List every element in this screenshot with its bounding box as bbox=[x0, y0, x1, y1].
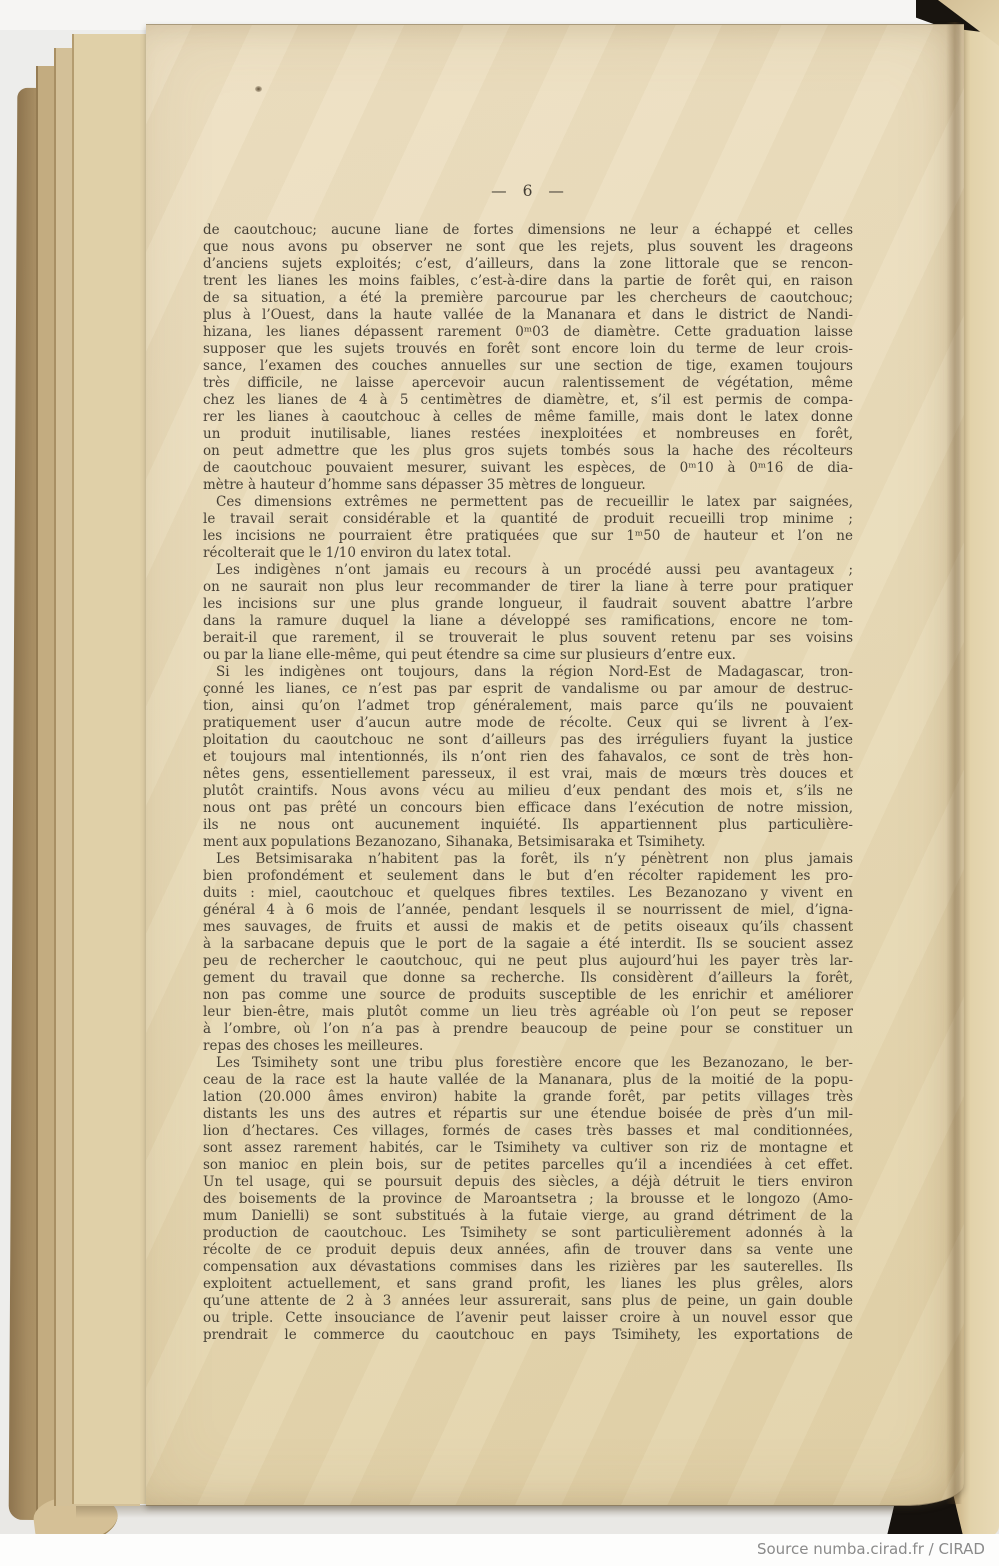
text-block: — 6 — de caoutchouc; aucune liane de for… bbox=[203, 182, 853, 1344]
page-number: — 6 — bbox=[203, 182, 853, 202]
text-line: compensation aux dévastations commises d… bbox=[203, 1259, 853, 1276]
paragraph: de caoutchouc; aucune liane de fortes di… bbox=[203, 222, 853, 494]
text-line: lion d’hectares. Ces villages, formés de… bbox=[203, 1123, 853, 1140]
page-shadow bbox=[76, 1505, 956, 1518]
text-line: pratiquement user d’aucun autre mode de … bbox=[203, 715, 853, 732]
text-line: non pas comme une source de produits sus… bbox=[203, 987, 853, 1004]
text-line: duits : miel, caoutchouc et quelques fib… bbox=[203, 885, 853, 902]
page-paragraphs: de caoutchouc; aucune liane de fortes di… bbox=[203, 222, 853, 1344]
text-line: les incisions ne pourraient être pratiqu… bbox=[203, 528, 853, 545]
text-line: on peut admettre que les plus gros sujet… bbox=[203, 443, 853, 460]
text-line: récolterait que le 1/10 environ du latex… bbox=[203, 545, 853, 562]
source-attribution: Source numba.cirad.fr / CIRAD bbox=[0, 1534, 999, 1566]
text-line: peu de rechercher le caoutchouc, qui ne … bbox=[203, 953, 853, 970]
text-line: çonné les lianes, ce n’est pas par espri… bbox=[203, 681, 853, 698]
text-line: ils ne nous ont aucunement inquiété. Ils… bbox=[203, 817, 853, 834]
text-line: des boisements de la province de Maroant… bbox=[203, 1191, 853, 1208]
text-line: un produit inutilisable, lianes restées … bbox=[203, 426, 853, 443]
text-line: Les indigènes n’ont jamais eu recours à … bbox=[203, 562, 853, 579]
text-line: exploitent actuellement, et sans grand p… bbox=[203, 1276, 853, 1293]
text-line: plus à l’Ouest, dans la haute vallée de … bbox=[203, 307, 853, 324]
text-line: de caoutchouc pouvaient mesurer, suivant… bbox=[203, 460, 853, 477]
text-line: ou triple. Cette insouciance de l’avenir… bbox=[203, 1310, 853, 1327]
paragraph: Si les indigènes ont toujours, dans la r… bbox=[203, 664, 853, 851]
text-line: de caoutchouc; aucune liane de fortes di… bbox=[203, 222, 853, 239]
text-line: chez les lianes de 4 à 5 centimètres de … bbox=[203, 392, 853, 409]
text-line: mètre à hauteur d’homme sans dépasser 35… bbox=[203, 477, 853, 494]
text-line: son manioc en plein bois, sur de petites… bbox=[203, 1157, 853, 1174]
text-line: ou par la liane elle-même, qui peut éten… bbox=[203, 647, 853, 664]
text-line: à l’ombre, où l’on n’a pas à prendre bea… bbox=[203, 1021, 853, 1038]
text-line: lation (20.000 âmes environ) habite la g… bbox=[203, 1089, 853, 1106]
text-line: distants les uns des autres et répartis … bbox=[203, 1106, 853, 1123]
text-line: que nous avons pu observer ne sont que l… bbox=[203, 239, 853, 256]
text-line: berait-il que rarement, il se trouverait… bbox=[203, 630, 853, 647]
text-line: ment aux populations Bezanozano, Sihanak… bbox=[203, 834, 853, 851]
text-line: on ne saurait non plus leur recommander … bbox=[203, 579, 853, 596]
text-line: dans la ramure duquel la liane a dévelop… bbox=[203, 613, 853, 630]
text-line: sont assez rarement habités, car le Tsim… bbox=[203, 1140, 853, 1157]
text-line: les incisions sur une plus grande longue… bbox=[203, 596, 853, 613]
text-line: Si les indigènes ont toujours, dans la r… bbox=[203, 664, 853, 681]
text-line: Les Betsimisaraka n’habitent pas la forê… bbox=[203, 851, 853, 868]
text-line: prendrait le commerce du caoutchouc en p… bbox=[203, 1327, 853, 1344]
text-line: plutôt craintifs. Nous avons vécu au mil… bbox=[203, 783, 853, 800]
text-line: production de caoutchouc. Les Tsimihety … bbox=[203, 1225, 853, 1242]
paragraph: Ces dimensions extrêmes ne permettent pa… bbox=[203, 494, 853, 562]
text-line: bien profondément et seulement dans le b… bbox=[203, 868, 853, 885]
source-attribution-text: Source numba.cirad.fr / CIRAD bbox=[757, 1540, 985, 1558]
text-line: et toujours mal intentionnés, ils n’ont … bbox=[203, 749, 853, 766]
text-line: mes sauvages, de fruits et aussi de maki… bbox=[203, 919, 853, 936]
page-crease bbox=[946, 22, 962, 1504]
text-line: repas des choses les meilleures. bbox=[203, 1038, 853, 1055]
text-line: gement du travail que donne sa recherche… bbox=[203, 970, 853, 987]
text-line: très difficile, ne laisse apercevoir auc… bbox=[203, 375, 853, 392]
text-line: sance, l’examen des couches annuelles su… bbox=[203, 358, 853, 375]
text-line: tion, ainsi qu’on l’admet trop généralem… bbox=[203, 698, 853, 715]
text-line: nêtes gens, essentiellement paresseux, i… bbox=[203, 766, 853, 783]
text-line: supposer que les sujets trouvés en forêt… bbox=[203, 341, 853, 358]
text-line: à la sarbacane depuis que le port de la … bbox=[203, 936, 853, 953]
paper-stain bbox=[255, 86, 262, 92]
text-line: d’anciens sujets exploités; c’est, d’ail… bbox=[203, 256, 853, 273]
text-line: ceau de la race est la haute vallée de l… bbox=[203, 1072, 853, 1089]
text-line: de sa situation, a été la première parco… bbox=[203, 290, 853, 307]
text-line: ploitation du caoutchouc ne sont d’aille… bbox=[203, 732, 853, 749]
text-line: Les Tsimihety sont une tribu plus forest… bbox=[203, 1055, 853, 1072]
text-line: qu’une attente de 2 à 3 années leur assu… bbox=[203, 1293, 853, 1310]
text-line: hizana, les lianes dépassent rarement 0ᵐ… bbox=[203, 324, 853, 341]
text-line: général 4 à 6 mois de l’année, pendant l… bbox=[203, 902, 853, 919]
text-line: Ces dimensions extrêmes ne permettent pa… bbox=[203, 494, 853, 511]
text-line: trent les lianes les moins faibles, c’es… bbox=[203, 273, 853, 290]
text-line: récolte de ce produit depuis deux années… bbox=[203, 1242, 853, 1259]
text-line: Un tel usage, qui se poursuit depuis des… bbox=[203, 1174, 853, 1191]
scanned-book-page: — 6 — de caoutchouc; aucune liane de for… bbox=[0, 0, 999, 1566]
text-line: rer les lianes à caoutchouc à celles de … bbox=[203, 409, 853, 426]
paragraph: Les Betsimisaraka n’habitent pas la forê… bbox=[203, 851, 853, 1055]
text-line: mum Danielli) se sont substitués à la fu… bbox=[203, 1208, 853, 1225]
paragraph: Les Tsimihety sont une tribu plus forest… bbox=[203, 1055, 853, 1344]
text-line: nous ont pas prêté un concours bien effi… bbox=[203, 800, 853, 817]
text-line: le travail serait considérable et la qua… bbox=[203, 511, 853, 528]
paragraph: Les indigènes n’ont jamais eu recours à … bbox=[203, 562, 853, 664]
text-line: leur bien-être, mais plutôt comme un lie… bbox=[203, 1004, 853, 1021]
